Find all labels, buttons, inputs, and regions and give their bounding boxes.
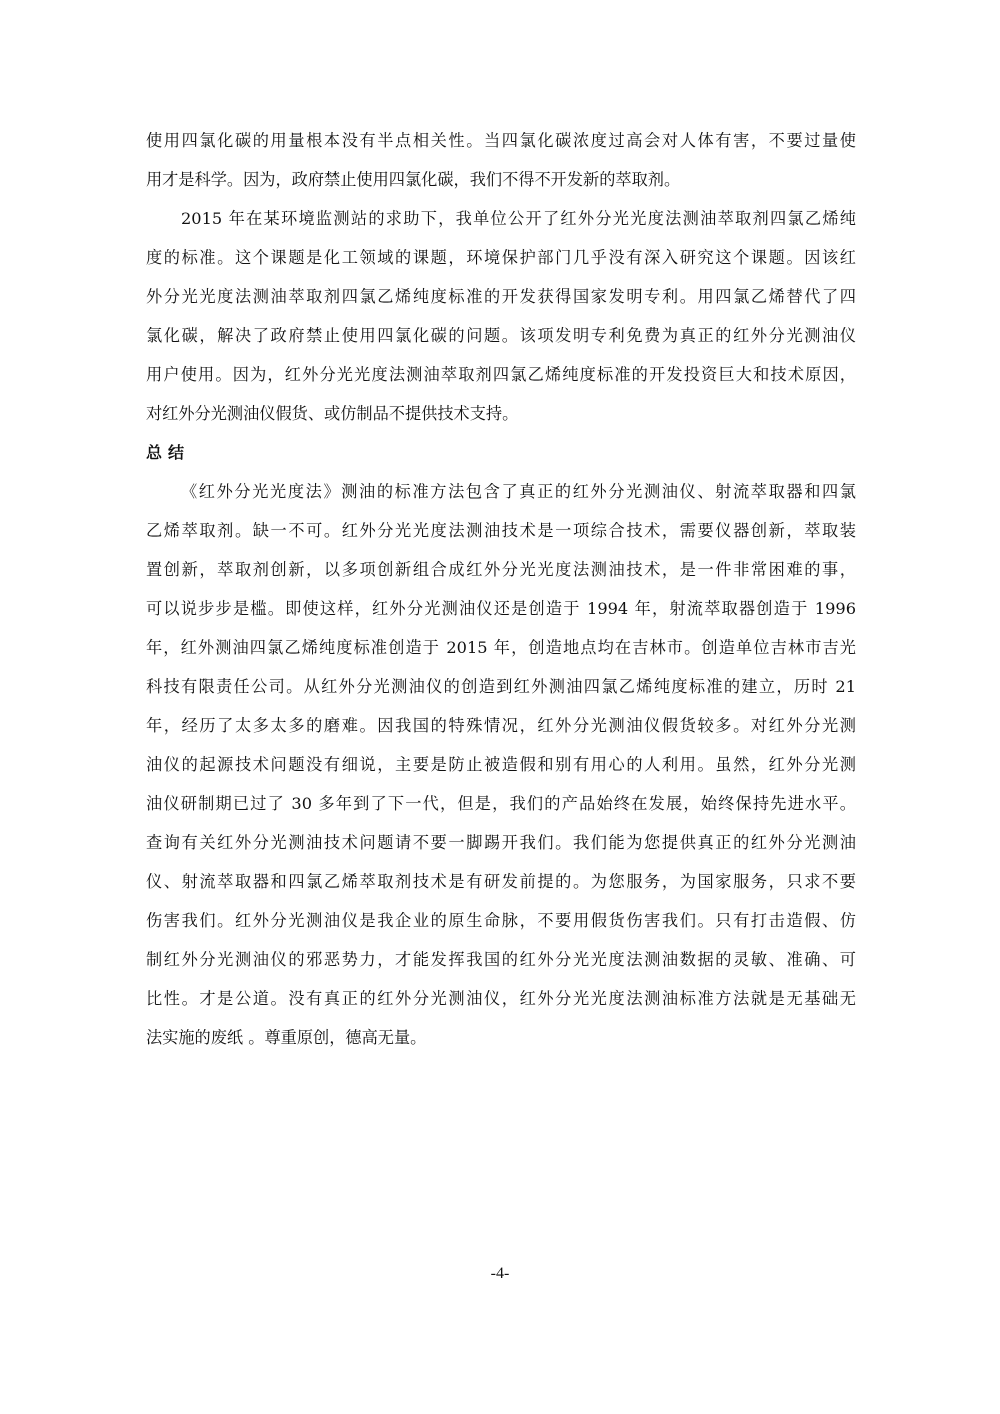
document-page: 使用四氯化碳的用量根本没有半点相关性。当四氯化碳浓度过高会对人体有害，不要过量使… xyxy=(0,0,1000,1414)
summary-line-14: 比性。才是公道。没有真正的红外分光测油仪，红外分光光度法测油标准方法就是无基础无 xyxy=(146,983,856,1015)
summary-line-15: 法实施的废纸 。尊重原创，德高无量。 xyxy=(146,1022,856,1054)
section-heading-summary: 总结 xyxy=(146,437,190,469)
paragraph-2015-line-3: 外分光光度法测油萃取剂四氯乙烯纯度标准的开发获得国家发明专利。用四氯乙烯替代了四 xyxy=(146,281,856,313)
summary-line-2: 乙烯萃取剂。缺一不可。红外分光光度法测油技术是一项综合技术，需要仪器创新，萃取装 xyxy=(146,515,856,547)
summary-line-6: 科技有限责任公司。从红外分光测油仪的创造到红外测油四氯乙烯纯度标准的建立，历时 … xyxy=(146,671,856,703)
summary-line-11: 仪、射流萃取器和四氯乙烯萃取剂技术是有研发前提的。为您服务，为国家服务，只求不要 xyxy=(146,866,856,898)
paragraph-2015-line-6: 对红外分光测油仪假货、或仿制品不提供技术支持。 xyxy=(146,398,856,430)
paragraph-continued-line-2: 用才是科学。因为，政府禁止使用四氯化碳，我们不得不开发新的萃取剂。 xyxy=(146,164,856,196)
page-number: -4- xyxy=(0,1265,1000,1283)
paragraph-2015-line-4: 氯化碳，解决了政府禁止使用四氯化碳的问题。该项发明专利免费为真正的红外分光测油仪 xyxy=(146,320,856,352)
summary-line-10: 查询有关红外分光测油技术问题请不要一脚踢开我们。我们能为您提供真正的红外分光测油 xyxy=(146,827,856,859)
paragraph-continued-line-1: 使用四氯化碳的用量根本没有半点相关性。当四氯化碳浓度过高会对人体有害，不要过量使 xyxy=(146,125,856,157)
summary-line-5: 年，红外测油四氯乙烯纯度标准创造于 2015 年，创造地点均在吉林市。创造单位吉… xyxy=(146,632,856,664)
paragraph-2015-line-5: 用户使用。因为，红外分光光度法测油萃取剂四氯乙烯纯度标准的开发投资巨大和技术原因… xyxy=(146,359,856,391)
summary-line-7: 年，经历了太多太多的磨难。因我国的特殊情况，红外分光测油仪假货较多。对红外分光测 xyxy=(146,710,856,742)
summary-line-8: 油仪的起源技术问题没有细说，主要是防止被造假和别有用心的人利用。虽然，红外分光测 xyxy=(146,749,856,781)
summary-line-3: 置创新，萃取剂创新，以多项创新组合成红外分光光度法测油技术，是一件非常困难的事， xyxy=(146,554,856,586)
summary-line-13: 制红外分光测油仪的邪恶势力，才能发挥我国的红外分光光度法测油数据的灵敏、准确、可 xyxy=(146,944,856,976)
paragraph-2015-line-1: 2015 年在某环境监测站的求助下，我单位公开了红外分光光度法测油萃取剂四氯乙烯… xyxy=(181,203,856,235)
summary-line-1: 《红外分光光度法》测油的标准方法包含了真正的红外分光测油仪、射流萃取器和四氯 xyxy=(181,476,856,508)
summary-line-9: 油仪研制期已过了 30 多年到了下一代，但是，我们的产品始终在发展，始终保持先进… xyxy=(146,788,856,820)
paragraph-2015-line-2: 度的标准。这个课题是化工领域的课题，环境保护部门几乎没有深入研究这个课题。因该红 xyxy=(146,242,856,274)
summary-line-4: 可以说步步是槛。即使这样，红外分光测油仪还是创造于 1994 年，射流萃取器创造… xyxy=(146,593,856,625)
summary-line-12: 伤害我们。红外分光测油仪是我企业的原生命脉，不要用假货伤害我们。只有打击造假、仿 xyxy=(146,905,856,937)
